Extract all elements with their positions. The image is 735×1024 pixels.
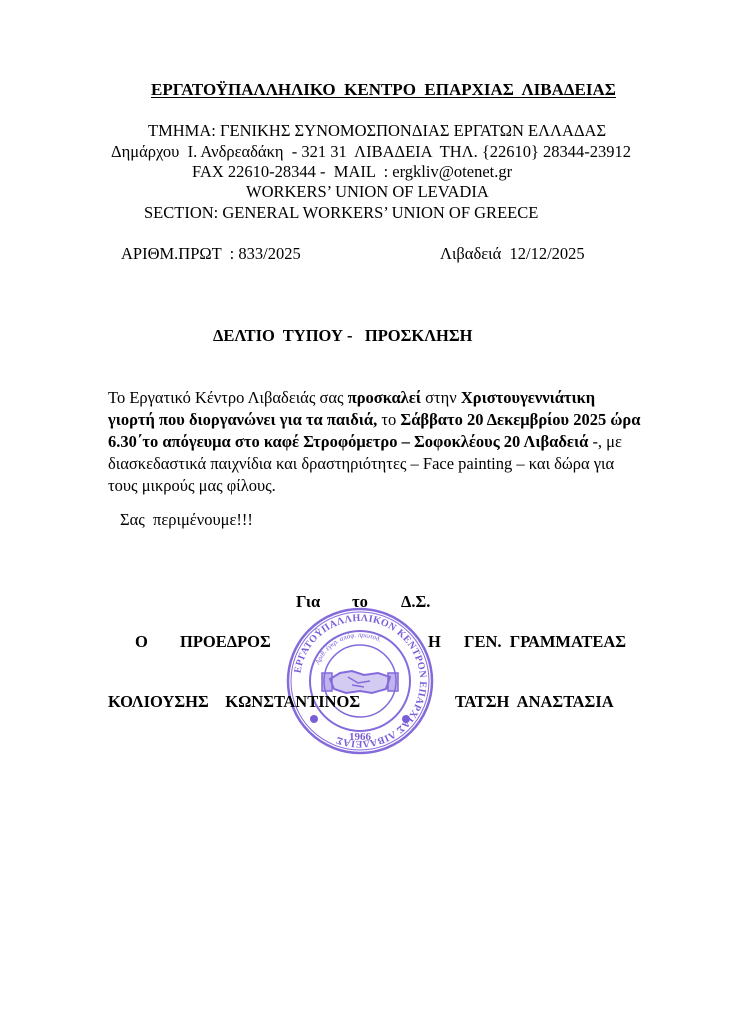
official-stamp: ΕΡΓΑΤΟΫΠΑΛΛΗΛΙΚΟΝ ΚΕΝΤΡΟΝ ΕΠΑΡΧΙΑΣ ΛΙΒΑΔ… (286, 607, 434, 755)
union-name-english: WORKERS’ UNION OF LEVADIA (246, 182, 489, 202)
for-board-word-2: το (352, 592, 368, 612)
place-date: Λιβαδειά 12/12/2025 (440, 244, 585, 264)
secretary-name: ΤΑΤΣΗ ΑΝΑΣΤΑΣΙΑ (455, 692, 614, 712)
body-text-bold: 6.30΄το απόγευμα στο καφέ Στροφόμετρο – … (108, 432, 588, 451)
president-article: Ο (135, 632, 148, 652)
body-line-5: τους μικρούς μας φίλους. (108, 475, 698, 497)
body-line-3: 6.30΄το απόγευμα στο καφέ Στροφόμετρο – … (108, 431, 698, 453)
protocol-number: ΑΡΙΘΜ.ΠΡΩΤ : 833/2025 (121, 244, 301, 264)
address-line: Δημάρχου Ι. Ανδρεαδάκη - 321 31 ΛΙΒΑΔΕΙΑ… (111, 142, 631, 162)
closing-line: Σας περιμένουμε!!! (120, 510, 253, 530)
body-text: το (377, 410, 400, 429)
body-text-bold: Σάββατο 20 Δεκεμβρίου 2025 ώρα (400, 410, 640, 429)
section-greek: ΤΜΗΜΑ: ΓΕΝΙΚΗΣ ΣΥΝΟΜΟΣΠΟΝΔΙΑΣ ΕΡΓΑΤΩΝ ΕΛ… (148, 121, 606, 141)
invitation-body: Το Εργατικό Κέντρο Λιβαδειάς σας προσκαλ… (108, 387, 698, 497)
body-line-2: γιορτή που διοργανώνει για τα παιδιά, το… (108, 409, 698, 431)
body-text: Το Εργατικό Κέντρο Λιβαδειάς σας (108, 388, 348, 407)
body-text-bold: προσκαλεί (348, 388, 421, 407)
organization-title: ΕΡΓΑΤΟΫΠΑΛΛΗΛΙΚΟ ΚΕΝΤΡΟ ΕΠΑΡΧΙΑΣ ΛΙΒΑΔΕΙ… (151, 80, 616, 100)
body-text-bold: Χριστουγεννιάτικη (461, 388, 595, 407)
stamp-year: 1966 (349, 731, 372, 743)
document-title: ΔΕΛΤΙΟ ΤΥΠΟΥ - ΠΡΟΣΚΛΗΣΗ (213, 326, 473, 346)
secretary-article: Η (428, 632, 441, 652)
secretary-role: ΓΕΝ. ΓΡΑΜΜΑΤΕΑΣ (464, 632, 626, 652)
fax-mail-line: FAX 22610-28344 - MAIL : ergkliv@otenet.… (192, 162, 512, 182)
section-english: SECTION: GENERAL WORKERS’ UNION OF GREEC… (144, 203, 538, 223)
body-text: στην (421, 388, 461, 407)
body-line-4: διασκεδαστικά παιχνίδια και δραστηριότητ… (108, 453, 698, 475)
body-text: -, με (588, 432, 622, 451)
body-line-1: Το Εργατικό Κέντρο Λιβαδειάς σας προσκαλ… (108, 387, 698, 409)
for-board-word-1: Για (296, 592, 320, 612)
president-name: ΚΟΛΙΟΥΣΗΣ ΚΩΝΣΤΑΝΤΙΝΟΣ (108, 692, 360, 712)
body-text-bold: γιορτή που διοργανώνει για τα παιδιά, (108, 410, 377, 429)
president-role: ΠΡΟΕΔΡΟΣ (180, 632, 271, 652)
for-board-word-3: Δ.Σ. (401, 592, 430, 612)
